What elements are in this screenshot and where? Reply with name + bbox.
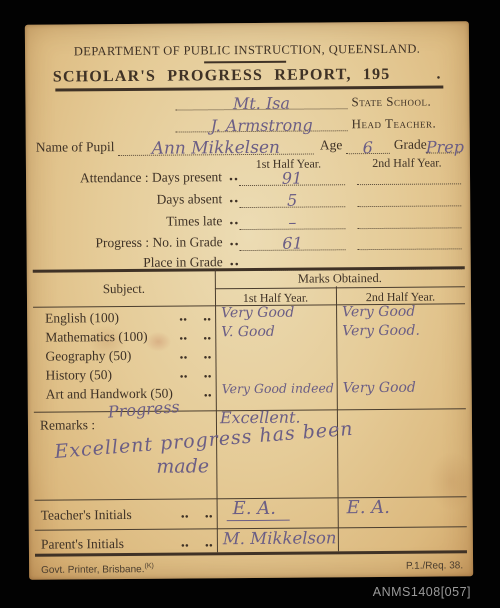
second-half-mark-handwritten: Very Good. — [342, 322, 467, 339]
parent-initials-first-handwritten: M. Mikkelson — [223, 528, 337, 548]
department-heading: DEPARTMENT OF PUBLIC INSTRUCTION, QUEENS… — [25, 41, 469, 59]
value-handwritten: – — [239, 212, 345, 232]
leader-dots: .. — [229, 232, 239, 250]
leader-dots: .. .. — [167, 504, 213, 522]
second-half-fill-line — [357, 165, 461, 185]
value-handwritten: 61 — [239, 233, 345, 253]
school-name-line: Mt. Isa — [175, 88, 347, 110]
leader-dots: .. — [229, 189, 239, 207]
leader-dots: .. .. — [165, 326, 211, 344]
parent-initials-label: Parent's Initials — [41, 536, 124, 553]
subject-row-art-handwork: Art and Handwork (50) .. Very Good indee… — [28, 381, 472, 404]
year-period: . — [436, 65, 441, 82]
remarks-handwritten-word: Progress — [107, 397, 180, 422]
first-half-mark-handwritten: Very Good indeed — [222, 380, 335, 396]
second-half-mark-handwritten: Very Good — [343, 379, 468, 396]
head-teacher-handwritten: J. Armstrong — [176, 115, 348, 135]
subject-label: English (100) — [45, 310, 119, 327]
state-school-label: State School. — [351, 94, 431, 111]
second-half-fill-line — [357, 230, 461, 250]
attendance-row-label: Progress : No. in Grade — [26, 234, 222, 252]
form-number: P.1./Req. 38. — [406, 560, 463, 571]
grade-label: Grade — [394, 137, 427, 153]
leader-dots: .. .. — [165, 307, 211, 325]
teacher-initials-second-handwritten: E. A. — [347, 497, 390, 518]
leader-dots: .. .. — [166, 364, 212, 382]
printer-imprint: Govt. Printer, Brisbane.(K) — [41, 563, 154, 576]
age-handwritten: 6 — [346, 138, 390, 157]
marks-obtained-header: Marks Obtained. — [215, 270, 465, 287]
teacher-initials-label: Teacher's Initials — [41, 507, 132, 524]
name-of-pupil-label: Name of Pupil — [36, 139, 115, 156]
leader-dots: .. — [229, 211, 239, 229]
printer-imprint-text: Govt. Printer, Brisbane. — [41, 564, 144, 576]
printer-imprint-sup: (K) — [144, 563, 153, 570]
grade-line: Prep — [426, 132, 460, 153]
grade-handwritten: Prep — [426, 137, 460, 156]
leader-dots: .. — [229, 167, 239, 185]
subject-label: Mathematics (100) — [45, 329, 147, 346]
first-half-fill-line: 61 — [239, 231, 345, 251]
attendance-row-label: Times late — [26, 213, 222, 231]
second-half-fill-line — [357, 187, 461, 207]
first-half-fill-line: 91 — [239, 166, 345, 186]
first-half-fill-line: 5 — [239, 188, 345, 208]
subject-label: History (50) — [46, 367, 112, 384]
head-teacher-line: J. Armstrong — [176, 110, 348, 132]
attendance-row-label: Attendance : Days present — [26, 169, 222, 187]
report-title-row: SCHOLAR'S PROGRESS REPORT, 195. — [25, 65, 469, 86]
pupil-name-line: Ann Mikkelsen — [118, 133, 314, 156]
remarks-label: Remarks : — [40, 417, 95, 433]
age-line: 6 — [346, 133, 390, 154]
leader-dots: .. .. — [165, 345, 211, 363]
catalog-number: ANMS1408[057] — [373, 585, 471, 599]
attendance-row-label: Days absent — [26, 191, 222, 209]
leader-dots: .. .. — [167, 533, 213, 551]
subject-column-header: Subject. — [33, 280, 215, 297]
value-handwritten: 91 — [239, 168, 345, 188]
value-handwritten: 5 — [239, 190, 345, 210]
head-teacher-label: Head Teacher. — [352, 116, 437, 133]
first-half-mark-handwritten: Very Good — [221, 304, 334, 321]
teacher-initials-row: Teacher's Initials .. .. E. A. E. A. — [29, 500, 473, 527]
heading-divider-rule — [204, 61, 286, 63]
scholars-progress-report-card: DEPARTMENT OF PUBLIC INSTRUCTION, QUEENS… — [25, 21, 473, 579]
subject-label: Geography (50) — [45, 348, 131, 365]
second-half-mark-handwritten: Very Good — [342, 303, 467, 320]
first-half-fill-line: – — [239, 210, 345, 230]
first-half-mark-handwritten: V. Good — [221, 323, 334, 340]
remarks-handwritten-line: made — [156, 455, 209, 477]
report-title: SCHOLAR'S PROGRESS REPORT, 195 — [53, 66, 391, 86]
age-label: Age — [320, 137, 343, 153]
teacher-initials-first-handwritten: E. A. — [227, 498, 290, 521]
second-half-fill-line — [357, 209, 461, 229]
